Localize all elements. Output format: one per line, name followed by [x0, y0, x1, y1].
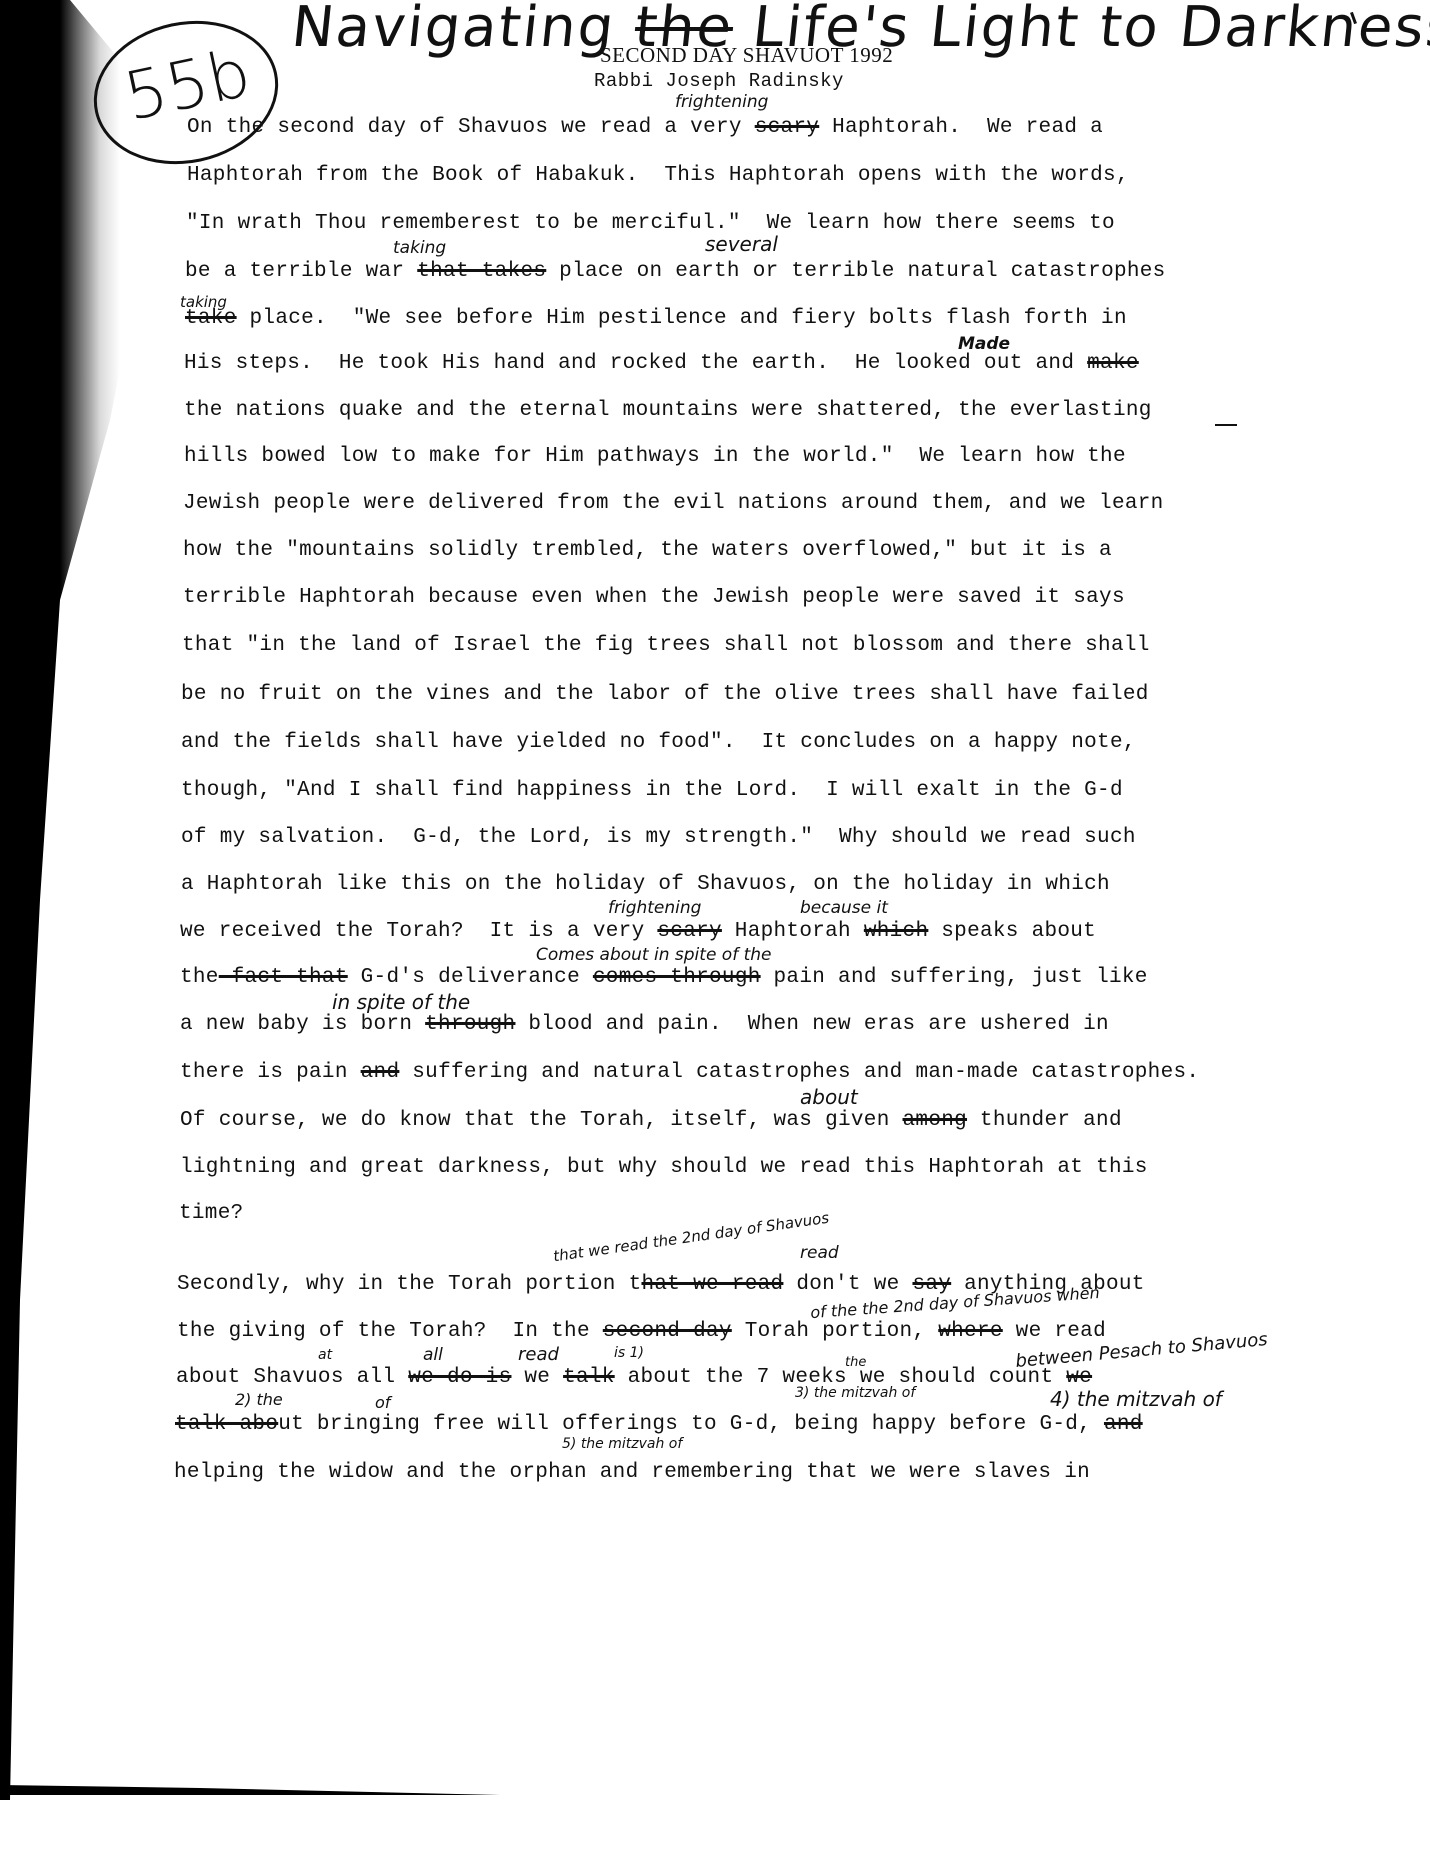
handwritten-insert: because it [800, 898, 888, 918]
body-line: about Shavuos all we do is we talk about… [176, 1366, 1092, 1389]
body-line: of my salvation. G-d, the Lord, is my st… [181, 826, 1136, 849]
handwritten-insert: read [800, 1243, 839, 1263]
handwritten-insert: 3) the mitzvah of [795, 1385, 915, 1401]
handwritten-insert: taking [180, 293, 227, 311]
body-line: talk about bringing free will offerings … [175, 1413, 1143, 1436]
body-line: time? [179, 1202, 244, 1225]
body-line: take place. "We see before Him pestilenc… [185, 307, 1127, 330]
handwritten-insert: 5) the mitzvah of [562, 1436, 682, 1452]
handwritten-insert: frightening [608, 898, 701, 918]
body-line: there is pain and suffering and natural … [180, 1061, 1199, 1084]
body-line: we received the Torah? It is a very scar… [180, 920, 1096, 943]
body-line: On the second day of Shavuos we read a v… [187, 116, 1103, 139]
handwritten-insert: frightening [675, 92, 768, 112]
header-title: SECOND DAY SHAVUOT 1992 [600, 42, 893, 68]
handwritten-insert: read [518, 1344, 559, 1365]
body-line: hills bowed low to make for Him pathways… [184, 445, 1126, 468]
body-line: the fact that G-d's deliverance comes th… [180, 966, 1148, 989]
handwritten-insert: several [705, 232, 778, 256]
body-line: "In wrath Thou rememberest to be mercifu… [186, 212, 1115, 235]
scanner-bottom-edge [0, 1785, 1020, 1795]
body-line: the giving of the Torah? In the second d… [177, 1320, 1106, 1343]
body-line: Of course, we do know that the Torah, it… [180, 1109, 1122, 1132]
body-line: Jewish people were delivered from the ev… [183, 492, 1164, 515]
margin-dash [1215, 424, 1237, 426]
body-line: be no fruit on the vines and the labor o… [181, 683, 1149, 706]
handwritten-insert: 4) the mitzvah of [1050, 1387, 1222, 1411]
scanner-edge-artifact [0, 0, 120, 1800]
body-line: a Haphtorah like this on the holiday of … [181, 873, 1110, 896]
body-line: Haphtorah from the Book of Habakuk. This… [187, 164, 1129, 187]
handwritten-insert: Comes about in spite of the [536, 945, 772, 965]
title-prefix: Navigating [289, 0, 619, 60]
body-line: how the "mountains solidly trembled, the… [183, 539, 1112, 562]
handwritten-insert: in spite of the [332, 990, 470, 1014]
body-line: though, "And I shall find happiness in t… [181, 779, 1123, 802]
handwritten-insert: about [800, 1085, 858, 1109]
body-line: that "in the land of Israel the fig tree… [182, 634, 1150, 657]
body-line: helping the widow and the orphan and rem… [174, 1461, 1090, 1484]
body-line: terrible Haphtorah because even when the… [183, 586, 1125, 609]
body-line: lightning and great darkness, but why sh… [180, 1156, 1148, 1179]
body-line: His steps. He took His hand and rocked t… [184, 352, 1139, 375]
scanned-document-page: 55b Navigating the Life's Light to Darkn… [0, 0, 1430, 1851]
handwritten-insert: of [375, 1393, 390, 1412]
handwritten-insert: that we read the 2nd day of Shavuos [552, 1209, 830, 1266]
handwritten-insert: the [845, 1355, 866, 1370]
handwritten-insert: all [423, 1345, 443, 1365]
document-header: SECOND DAY SHAVUOT 1992 Rabbi Joseph Rad… [600, 42, 893, 94]
handwritten-insert: taking [393, 238, 446, 258]
header-author: Rabbi Joseph Radinsky [594, 68, 893, 94]
handwritten-insert: is 1) [614, 1345, 644, 1361]
handwritten-insert: at [318, 1347, 332, 1363]
body-line: the nations quake and the eternal mounta… [184, 399, 1152, 422]
body-line: a new baby is born through blood and pai… [180, 1013, 1109, 1036]
body-line: be a terrible war that takes place on ea… [185, 260, 1166, 283]
body-line: and the fields shall have yielded no foo… [181, 731, 1136, 754]
handwritten-insert: Made [958, 334, 1010, 354]
handwritten-insert: 2) the [235, 1390, 283, 1409]
